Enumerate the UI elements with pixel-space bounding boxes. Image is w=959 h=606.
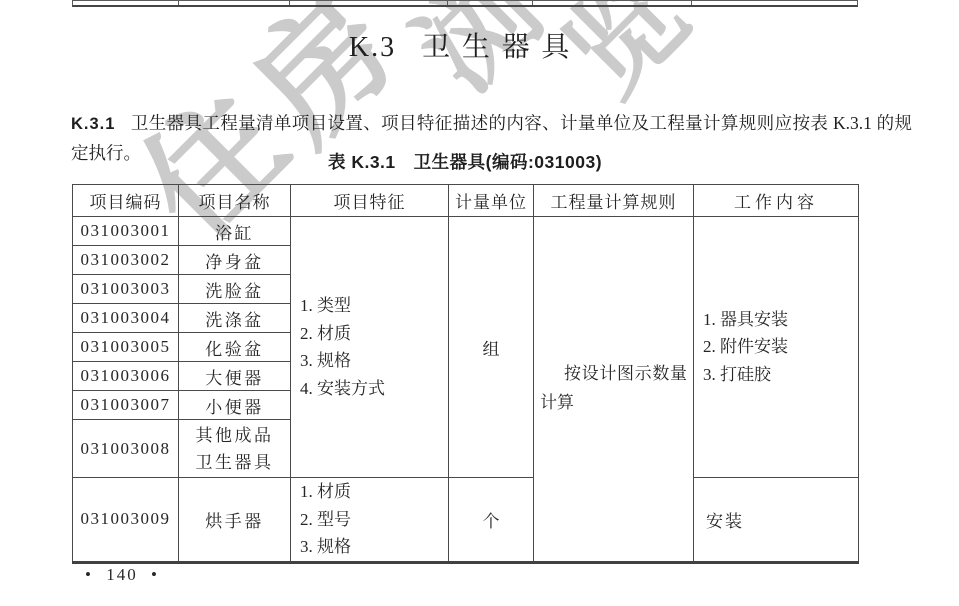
table-row: 031003001 浴缸 1. 类型 2. 材质 3. 规格 4. 安装方式 组…: [73, 217, 859, 246]
remnant-cell: [448, 1, 533, 5]
item-code: 031003006: [73, 362, 179, 391]
page-number: • 140 •: [85, 565, 159, 585]
item-code: 031003004: [73, 304, 179, 333]
item-code: 031003001: [73, 217, 179, 246]
unit-cell-row9: 个: [449, 478, 534, 563]
table-caption: 表 K.3.1 卫生器具(编码:031003): [72, 149, 858, 174]
item-name: 净身盆: [179, 246, 291, 275]
item-code: 031003007: [73, 391, 179, 420]
remnant-cell: [179, 1, 291, 5]
header-item-feature: 项目特征: [291, 185, 449, 217]
header-item-name: 项目名称: [179, 185, 291, 217]
rule-cell: 按设计图示数量计算: [534, 217, 694, 563]
work-line: 2. 附件安装: [703, 333, 858, 361]
feature-line: 4. 安装方式: [300, 375, 448, 403]
item-name: 小便器: [179, 391, 291, 420]
clause-number: K.3.1: [71, 115, 115, 133]
feature-line: 2. 材质: [300, 320, 448, 348]
remnant-cell: [73, 1, 179, 5]
header-work: 工作内容: [694, 185, 859, 217]
item-code: 031003008: [73, 420, 179, 478]
remnant-cell: [692, 1, 857, 5]
item-name: 烘手器: [179, 478, 291, 563]
feature-line: 3. 规格: [300, 347, 448, 375]
header-unit: 计量单位: [449, 185, 534, 217]
previous-table-bottom-edge: [72, 0, 858, 7]
item-name: 大便器: [179, 362, 291, 391]
item-code: 031003003: [73, 275, 179, 304]
feature-cell-group1: 1. 类型 2. 材质 3. 规格 4. 安装方式: [291, 217, 449, 478]
item-code: 031003009: [73, 478, 179, 563]
item-name: 化验盆: [179, 333, 291, 362]
feature-line: 2. 型号: [300, 506, 448, 534]
item-name: 洗涤盆: [179, 304, 291, 333]
feature-line: 1. 类型: [300, 292, 448, 320]
header-item-code: 项目编码: [73, 185, 179, 217]
unit-cell-group1: 组: [449, 217, 534, 478]
feature-line: 3. 规格: [300, 533, 448, 561]
work-cell-group1: 1. 器具安装 2. 附件安装 3. 打硅胶: [694, 217, 859, 478]
feature-line: 1. 材质: [300, 478, 448, 506]
section-title-text: 卫生器具: [422, 32, 581, 63]
table-header-row: 项目编码 项目名称 项目特征 计量单位 工程量计算规则 工作内容: [73, 185, 859, 217]
work-line: 1. 器具安装: [703, 306, 858, 334]
item-name-line: 卫生器具: [179, 449, 290, 476]
remnant-cell: [290, 1, 448, 5]
item-code: 031003005: [73, 333, 179, 362]
rule-text: 按设计图示数量计算: [540, 360, 687, 417]
remnant-cell: [533, 1, 693, 5]
feature-cell-row9: 1. 材质 2. 型号 3. 规格: [291, 478, 449, 563]
work-cell-row9: 安装: [694, 478, 859, 563]
item-name: 洗脸盆: [179, 275, 291, 304]
header-rule: 工程量计算规则: [534, 185, 694, 217]
item-code: 031003002: [73, 246, 179, 275]
quantity-list-table: 项目编码 项目名称 项目特征 计量单位 工程量计算规则 工作内容 0310030…: [72, 184, 859, 564]
section-number: K.3: [349, 32, 396, 63]
item-name-line: 其他成品: [179, 422, 290, 449]
item-name: 浴缸: [179, 217, 291, 246]
table-row: 031003009 烘手器 1. 材质 2. 型号 3. 规格 个 安装: [73, 478, 859, 563]
work-line: 3. 打硅胶: [703, 361, 858, 389]
section-title: K.3卫生器具: [72, 31, 858, 64]
item-name: 其他成品 卫生器具: [179, 420, 291, 478]
